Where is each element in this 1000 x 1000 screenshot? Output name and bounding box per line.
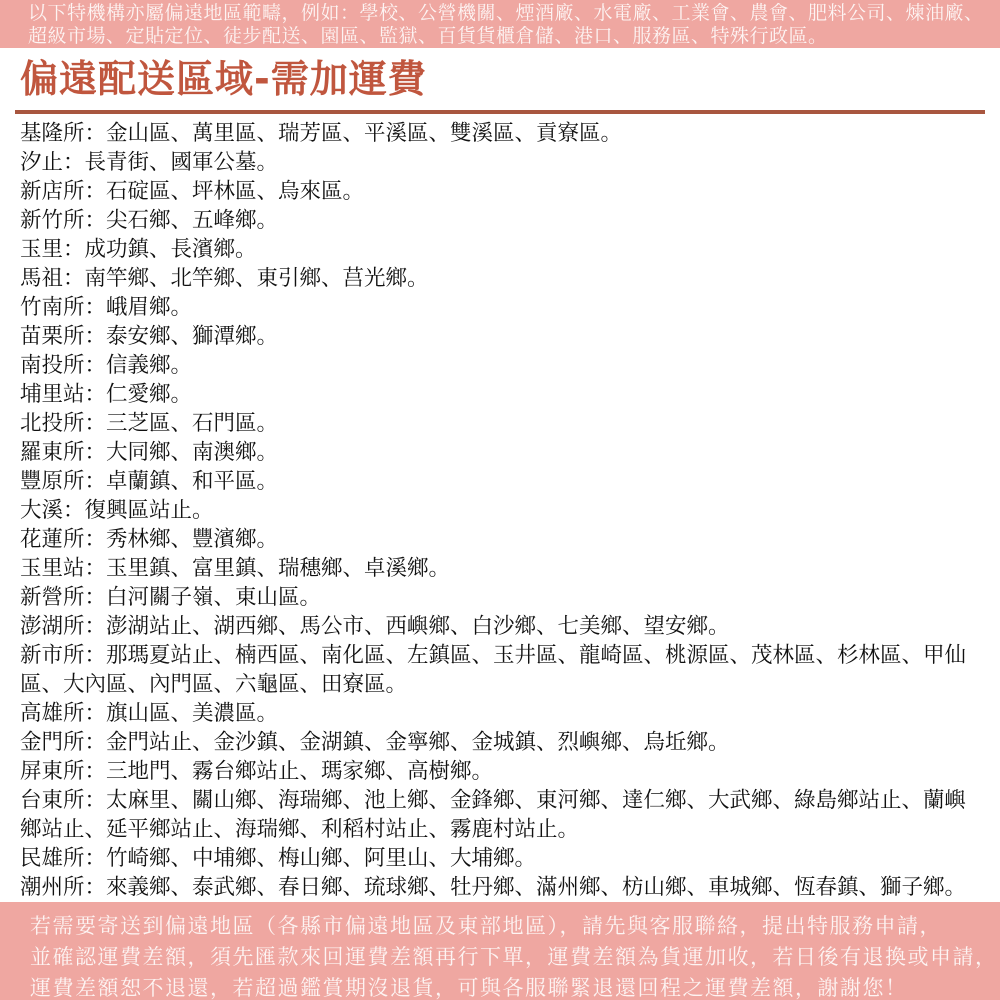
delivery-area-line-fengyuan: 豐原所：卓蘭鎮、和平區。 <box>20 467 980 496</box>
delivery-area-list: 基隆所：金山區、萬里區、瑞芳區、平溪區、雙溪區、貢寮區。 汐止：長青街、國軍公墓… <box>0 114 1000 902</box>
delivery-area-line-xindian: 新店所：石碇區、坪林區、烏來區。 <box>20 177 980 206</box>
bottom-notice-banner: 若需要寄送到偏遠地區（各縣市偏遠地區及東部地區），請先與客服聯絡，提出特服務申請… <box>0 902 1000 1000</box>
delivery-area-line-xinshi: 新市所：那瑪夏站止、楠西區、南化區、左鎮區、玉井區、龍崎區、桃源區、茂林區、杉林… <box>20 641 980 699</box>
delivery-area-line-miaoli: 苗栗所：泰安鄉、獅潭鄉。 <box>20 322 980 351</box>
bottom-notice-line-1: 若需要寄送到偏遠地區（各縣市偏遠地區及東部地區），請先與客服聯絡，提出特服務申請… <box>30 911 990 942</box>
delivery-area-line-kinmen: 金門所：金門站止、金沙鎮、金湖鎮、金寧鄉、金城鎮、烈嶼鄉、烏坵鄉。 <box>20 728 980 757</box>
delivery-area-line-hualien: 花蓮所：秀林鄉、豐濱鄉。 <box>20 525 980 554</box>
delivery-area-line-matsu: 馬祖：南竿鄉、北竿鄉、東引鄉、莒光鄉。 <box>20 264 980 293</box>
delivery-area-line-kaohsiung: 高雄所：旗山區、美濃區。 <box>20 699 980 728</box>
top-notice-line-2: 超級市場、定貼定位、徒步配送、園區、監獄、百貨貨櫃倉儲、港口、服務區、特殊行政區… <box>28 25 990 48</box>
delivery-area-line-hsinchu: 新竹所：尖石鄉、五峰鄉。 <box>20 206 980 235</box>
delivery-area-line-daxi: 大溪：復興區站止。 <box>20 496 980 525</box>
delivery-area-line-xizhi: 汐止：長青街、國軍公墓。 <box>20 148 980 177</box>
delivery-area-line-yuli-station: 玉里站：玉里鎮、富里鎮、瑞穗鄉、卓溪鄉。 <box>20 554 980 583</box>
delivery-area-line-chaozhou: 潮州所：來義鄉、泰武鄉、春日鄉、琉球鄉、牡丹鄉、滿州鄉、枋山鄉、車城鄉、恆春鎮、… <box>20 873 980 902</box>
page-title: 偏遠配送區域-需加運費 <box>0 57 1000 101</box>
delivery-area-line-taitung: 台東所：太麻里、關山鄉、海瑞鄉、池上鄉、金鋒鄉、東河鄉、達仁鄉、大武鄉、綠島鄉站… <box>20 786 980 844</box>
delivery-area-line-keelung: 基隆所：金山區、萬里區、瑞芳區、平溪區、雙溪區、貢寮區。 <box>20 119 980 148</box>
delivery-area-line-penghu: 澎湖所：澎湖站止、湖西鄉、馬公市、西嶼鄉、白沙鄉、七美鄉、望安鄉。 <box>20 612 980 641</box>
delivery-area-line-minxiong: 民雄所：竹崎鄉、中埔鄉、梅山鄉、阿里山、大埔鄉。 <box>20 844 980 873</box>
top-notice-banner: 以下特機構亦屬偏遠地區範疇，例如：學校、公營機關、煙酒廠、水電廠、工業會、農會、… <box>0 0 1000 48</box>
delivery-area-line-nantou: 南投所：信義鄉。 <box>20 351 980 380</box>
title-section: 偏遠配送區域-需加運費 <box>0 48 1000 114</box>
delivery-area-line-xinying: 新營所：白河關子嶺、東山區。 <box>20 583 980 612</box>
delivery-area-line-yuli: 玉里：成功鎮、長濱鄉。 <box>20 235 980 264</box>
bottom-notice-line-3: 運費差額恕不退還，若超過鑑賞期沒退貨，可與各服聯緊退還回程之運費差額，謝謝您！ <box>30 973 990 1000</box>
top-notice-line-1: 以下特機構亦屬偏遠地區範疇，例如：學校、公營機關、煙酒廠、水電廠、工業會、農會、… <box>28 2 990 25</box>
delivery-area-line-puli: 埔里站：仁愛鄉。 <box>20 380 980 409</box>
delivery-area-line-zhunan: 竹南所：峨眉鄉。 <box>20 293 980 322</box>
bottom-notice-line-2: 並確認運費差額，須先匯款來回運費差額再行下單，運費差額為貨運加收，若日後有退換或… <box>30 942 990 973</box>
delivery-area-line-beitou: 北投所：三芝區、石門區。 <box>20 409 980 438</box>
delivery-area-line-luodong: 羅東所：大同鄉、南澳鄉。 <box>20 438 980 467</box>
delivery-area-line-pingtung: 屏東所：三地門、霧台鄉站止、瑪家鄉、高樹鄉。 <box>20 757 980 786</box>
